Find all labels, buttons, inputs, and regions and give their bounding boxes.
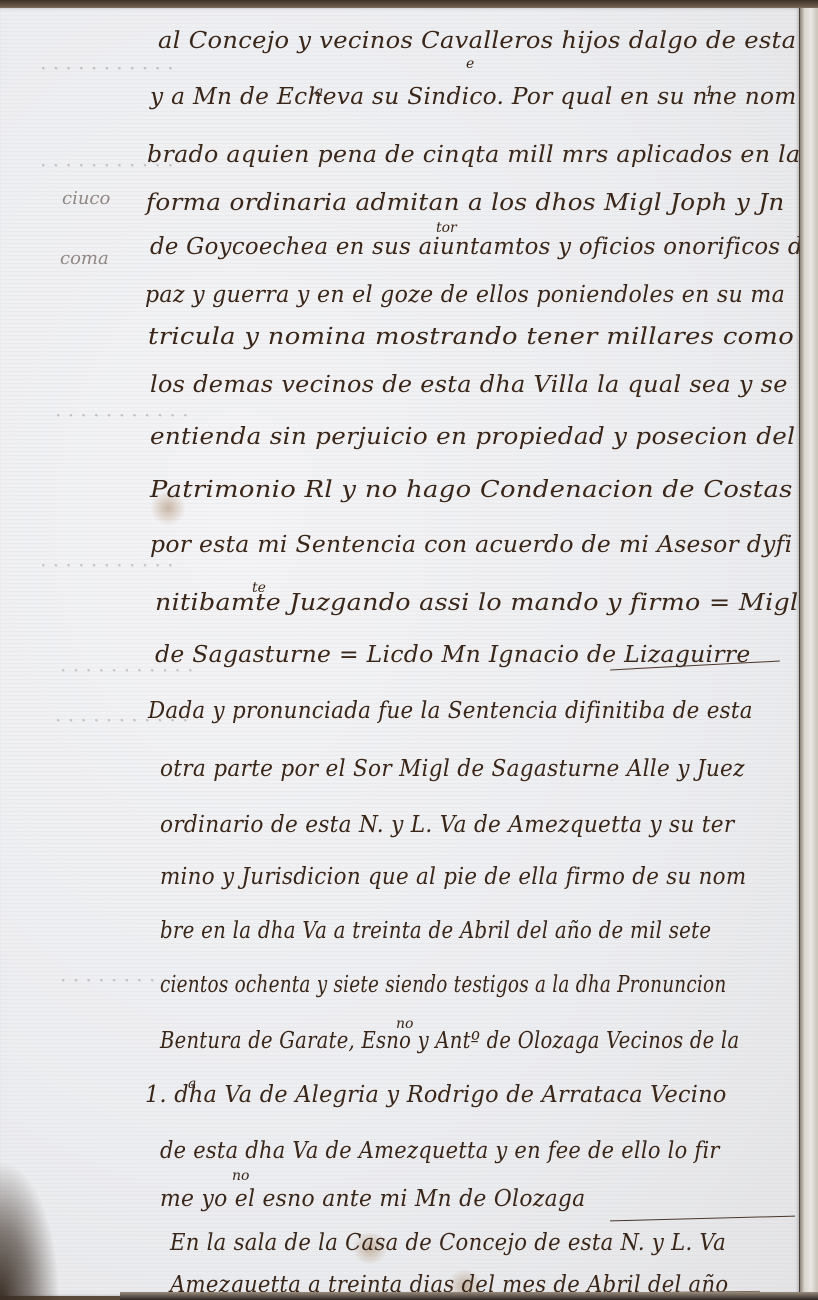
manuscript-line-4: forma ordinaria admitan a los dhos Migl … — [146, 190, 785, 216]
manuscript-line-9: entienda sin perjuicio en propiedad y po… — [150, 424, 795, 450]
binding-shadow — [0, 1160, 60, 1300]
manuscript-line-17: mino y Jurisdicion que al pie de ella fi… — [160, 864, 746, 890]
manuscript-line-21: 1. dha Va de Alegria y Rodrigo de Arrata… — [145, 1082, 727, 1108]
manuscript-line-2: y a Mn de Echeva su Sindico. Por qual en… — [150, 84, 797, 110]
margin-note: coma — [60, 248, 109, 269]
manuscript-line-11: por esta mi Sentencia con acuerdo de mi … — [150, 532, 792, 558]
manuscript-line-8: los demas vecinos de esta dha Villa la q… — [150, 372, 788, 398]
manuscript-line-15: otra parte por el Sor Migl de Sagasturne… — [160, 756, 745, 782]
manuscript-line-1: al Concejo y vecinos Cavalleros hijos da… — [158, 28, 818, 54]
superscript-abbrev: tor — [436, 220, 457, 236]
manuscript-line-13: de Sagasturne = Licdo Mn Ignacio de Liza… — [155, 642, 751, 668]
signature-flourish — [610, 1216, 795, 1222]
manuscript-line-14: Dada y pronunciada fue la Sentencia difi… — [148, 698, 753, 724]
manuscript-line-5: de Goycoechea en sus aiuntamtos y oficio… — [150, 234, 817, 260]
manuscript-line-18: bre en la dha Va a treinta de Abril del … — [160, 918, 711, 944]
manuscript-line-20: Bentura de Garate, Esno y Antº de Olozag… — [160, 1028, 739, 1054]
superscript-abbrev: e — [466, 56, 474, 72]
superscript-abbrev: a — [315, 84, 323, 100]
manuscript-line-22: de esta dha Va de Amezquetta y en fee de… — [160, 1138, 720, 1164]
manuscript-line-23: me yo el esno ante mi Mn de Olozaga — [160, 1186, 585, 1212]
adjacent-page-edge — [799, 8, 818, 1300]
superscript-abbrev: 1 — [705, 84, 714, 100]
manuscript-page: · · · · · · · · · · · · · · · · · · · · … — [0, 8, 800, 1296]
page-bottom-edge — [120, 1292, 818, 1300]
superscript-abbrev: a — [188, 1076, 196, 1092]
manuscript-line-16: ordinario de esta N. y L. Va de Amezquet… — [160, 812, 734, 838]
manuscript-line-10: Patrimonio Rl y no hago Condenacion de C… — [150, 477, 816, 503]
manuscript-line-6: paz y guerra y en el goze de ellos ponie… — [145, 282, 785, 308]
margin-note: ciuco — [62, 188, 110, 209]
superscript-abbrev: no — [232, 1168, 249, 1184]
manuscript-line-3: brado aquien pena de cinqta mill mrs apl… — [147, 142, 800, 168]
superscript-abbrev: te — [252, 580, 266, 596]
manuscript-line-7: tricula y nomina mostrando tener millare… — [148, 324, 818, 350]
manuscript-line-24: En la sala de la Casa de Concejo de esta… — [170, 1230, 726, 1256]
manuscript-line-19: cientos ochenta y siete siendo testigos … — [160, 972, 726, 998]
bleed-through-text: · · · · · · · · · · · — [40, 56, 174, 80]
superscript-abbrev: no — [396, 1016, 413, 1032]
